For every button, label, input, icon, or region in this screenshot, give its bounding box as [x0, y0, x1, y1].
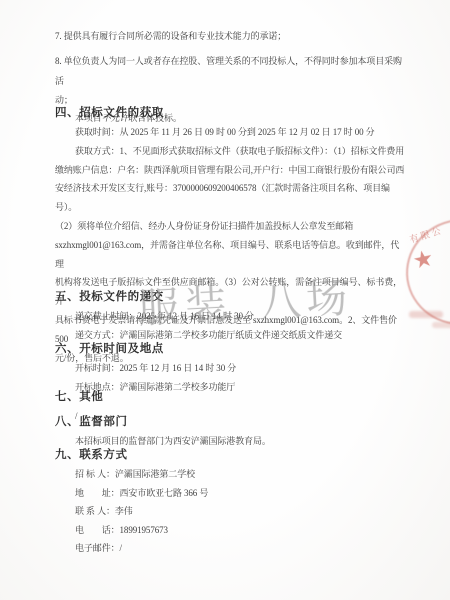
contact-label: 电 话： [75, 521, 120, 540]
doc-line: sxzhxmgl001@163.com，并需备注单位名称、项目编号、联系电话等信… [55, 236, 408, 274]
contact-label: 招 标 人： [75, 465, 115, 484]
contact-value: 浐灞国际港第二学校 [115, 465, 195, 484]
contact-row: 电 话： 18991957673 [55, 521, 408, 540]
contact-value: 18991957673 [120, 521, 168, 540]
contact-label: 电子邮件： [75, 539, 120, 558]
doc-line: （2）须将单位介绍信、经办人身份证身份证扫描件加盖投标人公章发至邮箱 [55, 217, 408, 236]
section-heading: 四、招标文件的获取 [55, 103, 408, 123]
section-bid-submission: 五、投标文件的递交 递交截止时间：2025 年 12 月 16 日 14 时 3… [55, 287, 408, 345]
doc-line: 获取方式：1、不见面形式获取招标文件（获取电子版招标文件）：（1）招标文件费用 [55, 142, 408, 161]
condition-item-8-line1: 8. 单位负责人为同一人或者存在控股、管理关系的不同投标人，不得同时参加本项目采… [55, 51, 408, 91]
contact-row: 电子邮件： / [55, 539, 408, 558]
section-heading: 九、联系方式 [55, 445, 408, 465]
condition-item-7: 7. 提供具有履行合同所必需的设备和专业技术能力的承诺； [55, 26, 408, 46]
doc-line: 递交截止时间：2025 年 12 月 16 日 14 时 30 分 [55, 307, 408, 326]
section-heading: 六、开标时间及地点 [55, 339, 408, 359]
section-contact: 九、联系方式 招 标 人： 浐灞国际港第二学校 地 址： 西安市欧亚七路 366… [55, 445, 408, 558]
contact-row: 招 标 人： 浐灞国际港第二学校 [55, 465, 408, 484]
doc-line: 安经济技术开发区支行,账号：3700000609200406578（汇款时需备注… [55, 179, 408, 217]
contact-label: 地 址： [75, 484, 120, 503]
doc-line: 获取时间：从 2025 年 11 月 26 日 09 时 00 分到 2025 … [55, 123, 408, 142]
section-heading: 八、监督部门 [55, 412, 408, 432]
tender-notice-body: 7. 提供具有履行合同所必需的设备和专业技术能力的承诺； 8. 单位负责人为同一… [0, 0, 450, 600]
contact-value: 西安市欧亚七路 366 号 [120, 484, 209, 503]
contact-label: 联 系 人： [75, 502, 115, 521]
contact-value: 李伟 [115, 502, 133, 521]
document-photo-page: 7. 提供具有履行合同所必需的设备和专业技术能力的承诺； 8. 单位负责人为同一… [0, 0, 450, 600]
doc-line: 缴纳账户信息：户名：陕西泽航项目管理有限公司,开户行：中国工商银行股份有限公司西 [55, 161, 408, 180]
contact-value: / [120, 539, 122, 558]
doc-line: 开标时间：2025 年 12 月 16 日 14 时 30 分 [55, 359, 408, 378]
contact-row: 联 系 人： 李伟 [55, 502, 408, 521]
contact-row: 地 址： 西安市欧亚七路 366 号 [55, 484, 408, 503]
section-heading: 五、投标文件的递交 [55, 287, 408, 307]
section-heading: 七、其他 [55, 387, 408, 407]
